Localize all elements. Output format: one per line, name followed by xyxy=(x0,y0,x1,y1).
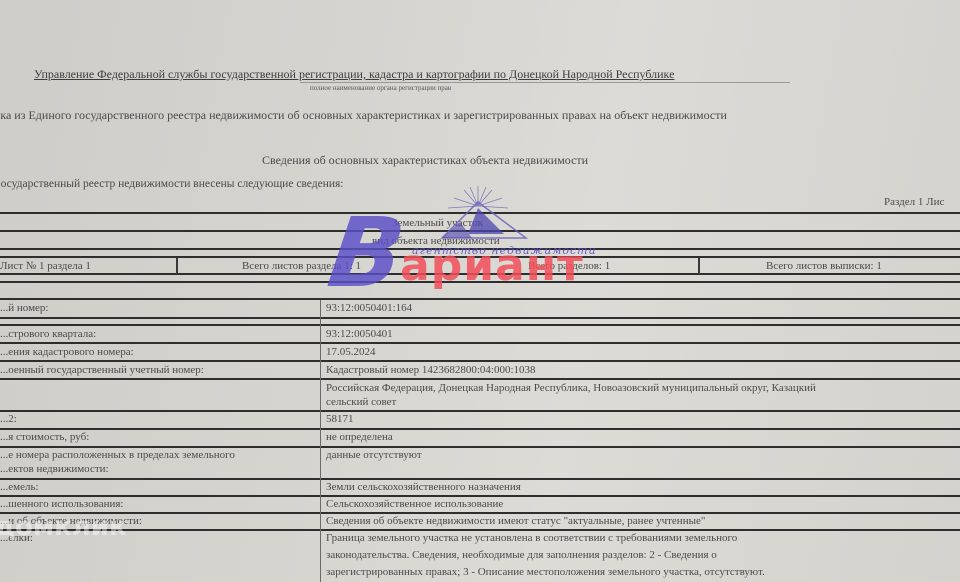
table-rule xyxy=(0,281,960,283)
label-value-divider xyxy=(320,300,321,582)
table-rule xyxy=(0,495,960,497)
extract-title: ...ска из Единого государственного реест… xyxy=(0,108,727,123)
table-rule xyxy=(0,256,960,258)
registry-agency-name: Управление Федеральной службы государств… xyxy=(34,67,674,82)
total-sections: Всего разделов: 1 xyxy=(528,260,610,272)
row-value-special-notes-line2: законодательства. Сведения, необходимые … xyxy=(326,549,717,561)
table-rule xyxy=(0,273,960,275)
row-label-area: ...2: xyxy=(0,413,17,425)
table-rule xyxy=(0,230,960,232)
row-value-address-line2: сельский совет xyxy=(326,396,396,408)
row-label-cadastral-value: ...я стоимость, руб: xyxy=(0,431,89,443)
agency-caption-line xyxy=(300,82,790,83)
table-rule xyxy=(0,512,960,514)
table-rule xyxy=(0,529,960,531)
row-value-objects-within: данные отсутствуют xyxy=(326,449,422,461)
row-value-previous-number: Кадастровый номер 1423682800:04:000:1038 xyxy=(326,364,536,376)
sheet-row-divider xyxy=(176,258,178,274)
row-value-special-notes-line3: зарегистрированных правах; 3 - Описание … xyxy=(326,566,765,578)
table-rule xyxy=(0,324,960,326)
table-rule xyxy=(0,378,960,380)
sheet-row-divider xyxy=(698,258,700,274)
sheet-number: Лист № 1 раздела 1 xyxy=(0,260,91,272)
row-value-area: 58171 xyxy=(326,413,354,425)
row-label-special-notes: ...елки: xyxy=(0,532,33,544)
row-value-special-notes: Граница земельного участка не установлен… xyxy=(326,532,737,544)
row-value-address: Российская Федерация, Донецкая Народная … xyxy=(326,382,816,394)
section-title: Сведения об основных характеристиках объ… xyxy=(262,153,588,168)
section-intro: ...осударственный реестр недвижимости вн… xyxy=(0,178,344,190)
table-rule xyxy=(0,410,960,412)
table-rule xyxy=(0,478,960,480)
row-value-cadastral-number: 93:12:0050401:164 xyxy=(326,302,412,314)
row-label-cadastral-quarter: ...стрового квартала: xyxy=(0,328,96,340)
object-type-caption: вид объекта недвижимости xyxy=(372,235,500,247)
row-label-cadastral-number: ...й номер: xyxy=(0,302,48,314)
row-label-land-category: ...емель: xyxy=(0,481,39,493)
table-rule xyxy=(0,446,960,448)
table-rule xyxy=(0,298,960,300)
agency-caption: полное наименование органа регистрации п… xyxy=(310,84,451,92)
table-rule xyxy=(0,248,960,250)
total-section-sheets: Всего листов раздела 1: 1 xyxy=(242,260,361,272)
table-rule xyxy=(0,212,960,214)
row-value-land-category: Земли сельскохозяйственного назначения xyxy=(326,481,521,493)
table-rule xyxy=(0,342,960,344)
row-value-cadastral-value: не определена xyxy=(326,431,393,443)
row-value-assignment-date: 17.05.2024 xyxy=(326,346,376,358)
row-value-cadastral-quarter: 93:12:0050401 xyxy=(326,328,393,340)
row-label-objects-within: ...е номера расположенных в пределах зем… xyxy=(0,449,235,461)
table-rule xyxy=(0,317,960,319)
table-rule xyxy=(0,360,960,362)
row-label-previous-number: ...оенный государственный учетный номер: xyxy=(0,364,204,376)
row-label-object-status: ...и об объекте недвижимости: xyxy=(0,515,142,527)
object-type: Земельный участок xyxy=(392,217,483,229)
row-label-objects-within-line2: ...ектов недвижимости: xyxy=(0,463,109,475)
row-value-object-status: Сведения об объекте недвижимости имеют с… xyxy=(326,515,705,527)
total-extract-sheets: Всего листов выписки: 1 xyxy=(766,260,882,272)
row-label-assignment-date: ...ения кадастрового номера: xyxy=(0,346,134,358)
section-label: Раздел 1 Лис xyxy=(884,196,944,208)
row-value-permitted-use: Сельскохозяйственное использование xyxy=(326,498,503,510)
table-rule xyxy=(0,428,960,430)
row-label-permitted-use: ...шенного использования: xyxy=(0,498,123,510)
